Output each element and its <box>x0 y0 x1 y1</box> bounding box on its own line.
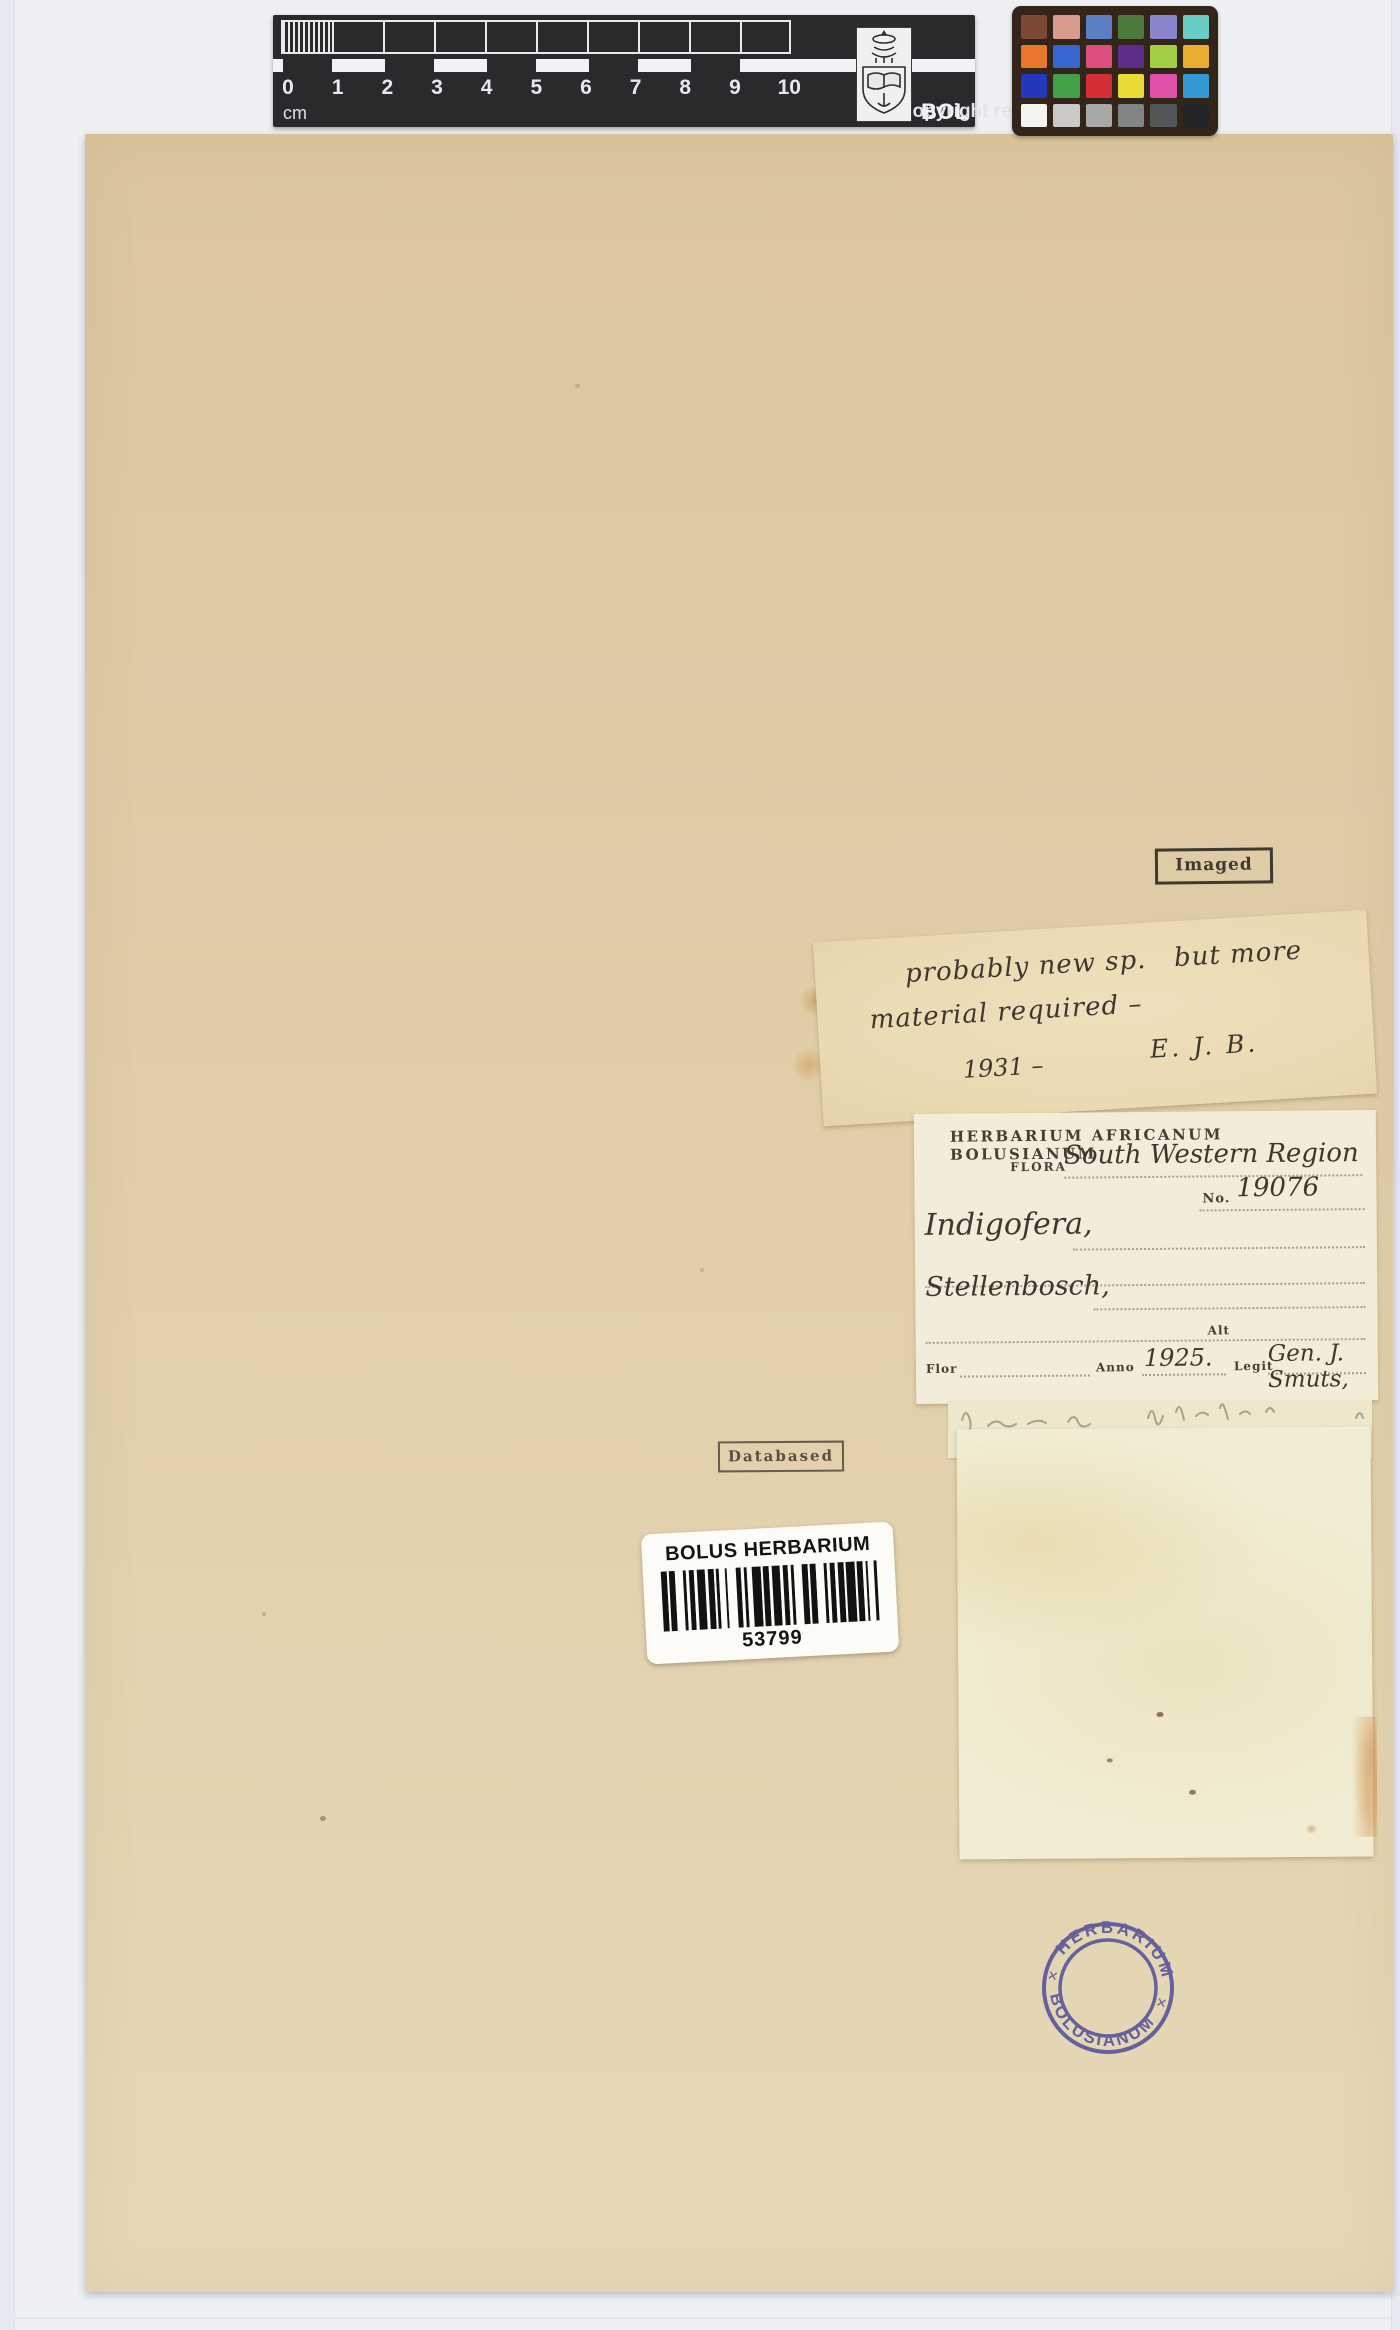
scale-bar-cm-cells <box>281 20 791 54</box>
paper-speck <box>320 1816 326 1821</box>
packet-speck <box>1304 1825 1318 1833</box>
color-patch <box>1183 15 1209 39</box>
label-rule <box>1142 1373 1226 1376</box>
scale-bar-tick-number: 2 <box>380 75 394 101</box>
color-patch <box>1053 104 1079 128</box>
round-stamp-left-mark: ✕ <box>1046 1967 1060 1984</box>
scale-bar-cm-cell <box>689 20 740 54</box>
color-patch <box>1118 45 1144 69</box>
packet-speck <box>1107 1758 1113 1762</box>
color-patch <box>1150 15 1176 39</box>
scale-bar-tick-number: 4 <box>480 75 494 101</box>
scale-bar-cm-cell <box>332 20 383 54</box>
round-stamp-top-text: HERBARIUM <box>1050 1906 1188 1986</box>
color-patch <box>1183 74 1209 98</box>
label-rule <box>1093 1306 1365 1310</box>
label-rule <box>1200 1208 1365 1211</box>
color-patch <box>1021 74 1047 98</box>
label-alt-caption: Alt <box>1208 1323 1231 1337</box>
color-calibration-chart <box>1012 6 1218 136</box>
scale-bar-halfcm-block <box>485 59 538 72</box>
color-patch <box>1086 104 1112 128</box>
color-patch <box>1086 45 1112 69</box>
scale-bar: 012345678910 cm copyright reserved BOL <box>273 15 975 127</box>
color-patch <box>1150 74 1176 98</box>
label-legit-value: Gen. J. Smuts, <box>1268 1340 1378 1393</box>
note-initials: E. J. B. <box>1149 1028 1259 1063</box>
color-patch <box>1150 45 1176 69</box>
color-patch <box>1021 104 1047 128</box>
color-patch <box>1053 15 1079 39</box>
paper-speck <box>700 1268 704 1272</box>
color-patch <box>1118 15 1144 39</box>
label-number-caption: No. <box>1202 1191 1230 1206</box>
crest-icon <box>856 27 912 122</box>
scale-bar-cm-cell <box>536 20 587 54</box>
label-anno-caption: Anno <box>1096 1360 1135 1374</box>
scale-bar-halfcm-block <box>587 59 640 72</box>
barcode-label: BOLUS HERBARIUM 53799 <box>641 1521 899 1664</box>
color-patch <box>1183 104 1209 128</box>
label-number-value: 19076 <box>1236 1172 1319 1203</box>
round-herbarium-stamp: HERBARIUM BOLUSIANUM ✕ ✕ <box>1026 1906 1190 2075</box>
scale-bar-halfcm-block <box>281 59 334 72</box>
backdrop-seam-line <box>14 2317 1391 2319</box>
scale-bar-halfcm-block <box>383 59 436 72</box>
scale-bar-cm-cell <box>587 20 638 54</box>
color-patch <box>1021 15 1047 39</box>
scale-bar-tick-number: 10 <box>778 75 801 101</box>
scale-bar-tick-number: 6 <box>579 75 593 101</box>
paper-speck <box>262 1612 266 1616</box>
note-line-2: material required – <box>869 989 1143 1035</box>
scale-bar-tick-number: 3 <box>430 75 444 101</box>
packet-speck <box>1189 1790 1196 1795</box>
scale-bar-tick-number: 7 <box>629 75 643 101</box>
specimen-photograph: 012345678910 cm copyright reserved BOL I… <box>0 0 1400 2330</box>
scale-bar-cm-cell <box>638 20 689 54</box>
barcode-icon <box>661 1560 880 1631</box>
packet-speck <box>1156 1712 1163 1717</box>
label-rule <box>1073 1246 1365 1251</box>
university-crest <box>856 27 912 122</box>
scale-bar-cm-cell <box>740 20 791 54</box>
determination-slip: probably new sp. but more material requi… <box>813 910 1377 1127</box>
herbarium-code-label: BOL <box>921 99 969 125</box>
color-patch <box>1150 104 1176 128</box>
backdrop-edge-left <box>0 0 15 2330</box>
databased-stamp: Databased <box>718 1441 844 1473</box>
round-stamp-icon: HERBARIUM BOLUSIANUM ✕ ✕ <box>1026 1906 1190 2070</box>
scale-bar-cm-cell <box>281 20 332 54</box>
scale-bar-cm-cell <box>485 20 536 54</box>
color-patch <box>1118 74 1144 98</box>
label-locality: Stellenbosch, <box>925 1270 1110 1303</box>
scale-bar-tick-number: 5 <box>529 75 543 101</box>
packet-stain <box>1351 1717 1378 1837</box>
scale-bar-tick-number: 1 <box>331 75 345 101</box>
scale-bar-cm-cell <box>383 20 434 54</box>
scale-bar-tick-number: 9 <box>728 75 742 101</box>
scale-bar-tick-number: 8 <box>678 75 692 101</box>
imaged-stamp: Imaged <box>1155 847 1273 884</box>
label-flora-caption: FLORA <box>1010 1160 1067 1174</box>
note-year: 1931 – <box>962 1051 1044 1084</box>
scale-bar-unit-label: cm <box>283 103 307 124</box>
scale-bar-tick-number: 0 <box>281 75 295 101</box>
color-patch <box>1086 15 1112 39</box>
paper-speck <box>575 384 580 388</box>
label-anno-value: 1925. <box>1144 1343 1213 1372</box>
label-rule <box>960 1374 1090 1377</box>
scale-bar-halfcm-block <box>689 59 742 72</box>
scale-bar-cm-cell <box>434 20 485 54</box>
color-patch <box>1183 45 1209 69</box>
fragment-packet <box>957 1427 1374 1860</box>
color-patch <box>1021 45 1047 69</box>
color-patch <box>1053 45 1079 69</box>
color-patch <box>1118 104 1144 128</box>
specimen-label: HERBARIUM AFRICANUM BOLUSIANUM FLORA Sou… <box>914 1110 1379 1404</box>
scale-bar-numbers: 012345678910 <box>281 75 801 101</box>
note-line-1: probably new sp. but more <box>904 936 1303 990</box>
label-flor-caption: Flor <box>926 1362 958 1376</box>
label-flora-value: South Western Region <box>1064 1138 1359 1171</box>
label-taxon: Indigofera, <box>925 1206 1093 1242</box>
color-patch <box>1086 74 1112 98</box>
svg-text:HERBARIUM: HERBARIUM <box>1050 1906 1188 1986</box>
color-patch <box>1053 74 1079 98</box>
